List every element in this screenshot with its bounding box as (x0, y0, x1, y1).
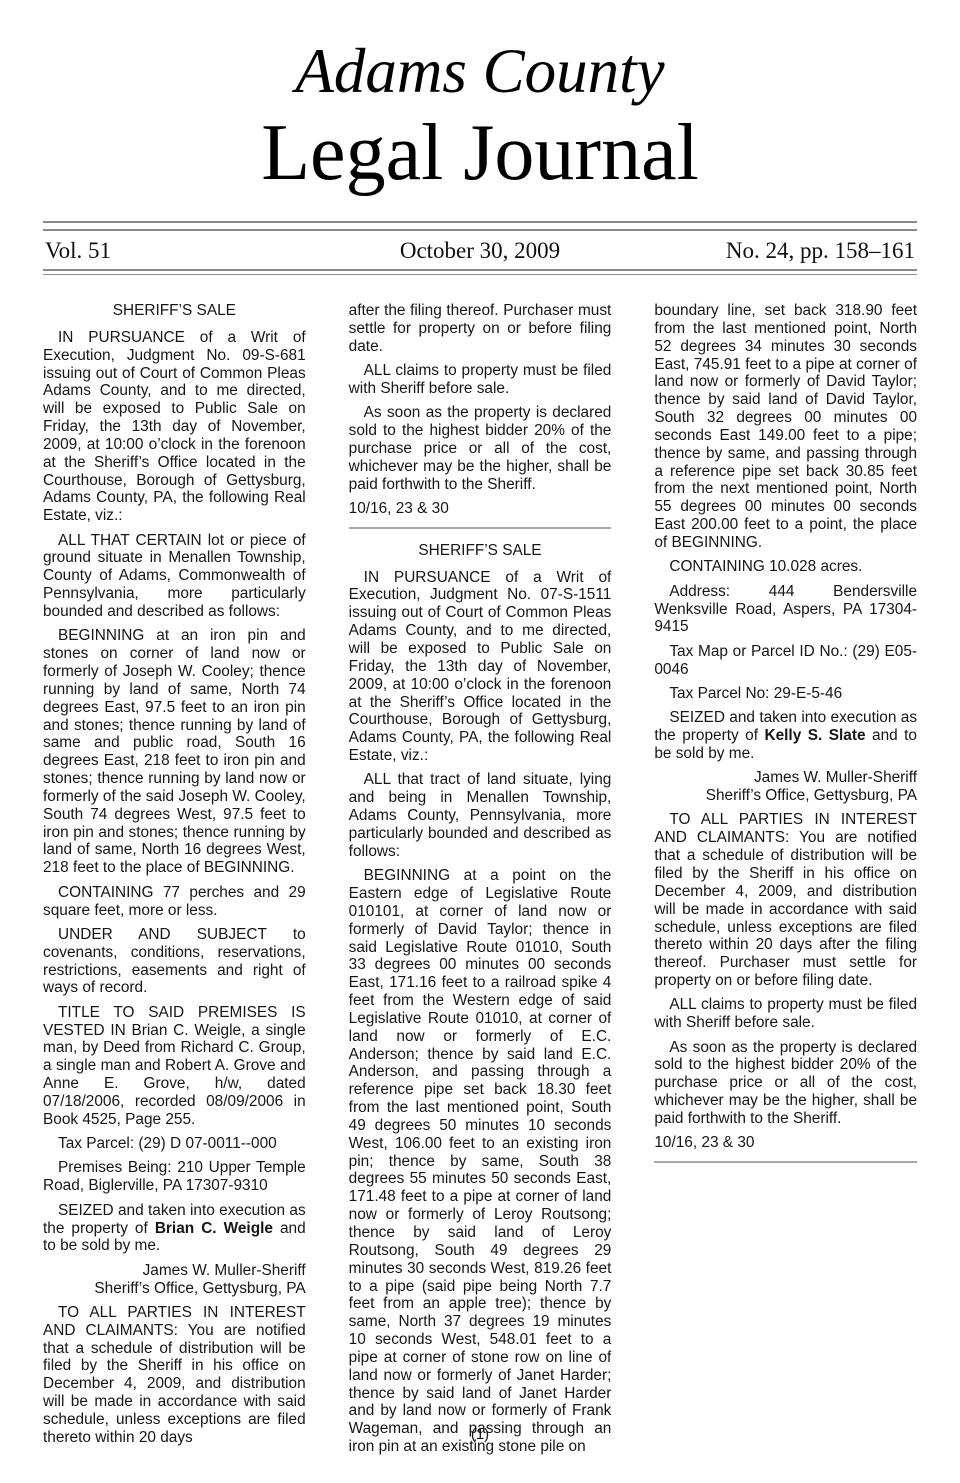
publication-dates: 10/16, 23 & 30 (654, 1134, 917, 1152)
claims-notice: ALL claims to property must be filed wit… (654, 996, 917, 1032)
continuation-paragraph: boundary line, set back 318.90 feet from… (654, 302, 917, 552)
claimants-notice: TO ALL PARTIES IN INTEREST AND CLAIMANTS… (654, 811, 917, 989)
section-divider (349, 527, 612, 529)
issue-date: October 30, 2009 (400, 236, 560, 266)
property-description: ALL THAT CERTAIN lot or piece of ground … (43, 532, 306, 621)
volume-label: Vol. 51 (45, 236, 111, 266)
payment-terms: As soon as the property is declared sold… (349, 404, 612, 493)
sheriff-signature: James W. Muller-Sheriff (654, 769, 917, 787)
masthead-rule-top (43, 221, 917, 231)
text-column-1: SHERIFF’S SALE IN PURSUANCE of a Writ of… (43, 302, 306, 1462)
under-subject-clause: UNDER AND SUBJECT to covenants, conditio… (43, 926, 306, 997)
publication-dates: 10/16, 23 & 30 (349, 500, 612, 518)
tax-parcel-line: Tax Parcel: (29) D 07-0011--000 (43, 1135, 306, 1153)
tax-map-line: Tax Map or Parcel ID No.: (29) E05-0046 (654, 643, 917, 679)
tax-parcel-line: Tax Parcel No: 29-E-5-46 (654, 685, 917, 703)
metes-bounds-paragraph: BEGINNING at a point on the Eastern edge… (349, 867, 612, 1456)
continuation-paragraph: after the filing thereof. Purchaser must… (349, 302, 612, 356)
journal-title-line2: Legal Journal (0, 110, 960, 196)
writ-paragraph: IN PURSUANCE of a Writ of Execution, Jud… (43, 329, 306, 525)
payment-terms: As soon as the property is declared sold… (654, 1039, 917, 1128)
containing-clause: CONTAINING 77 perches and 29 square feet… (43, 884, 306, 920)
sale-heading: SHERIFF’S SALE (349, 542, 612, 560)
defendant-name: Kelly S. Slate (764, 727, 865, 744)
address-line: Address: 444 Bendersville Wenksville Roa… (654, 583, 917, 637)
sale-heading: SHERIFF’S SALE (43, 302, 306, 320)
seized-clause: SEIZED and taken into execution as the p… (43, 1202, 306, 1256)
masthead-info-row: Vol. 51 October 30, 2009 No. 24, pp. 158… (43, 231, 917, 269)
writ-paragraph: IN PURSUANCE of a Writ of Execution, Jud… (349, 569, 612, 765)
premises-line: Premises Being: 210 Upper Temple Road, B… (43, 1159, 306, 1195)
seized-clause: SEIZED and taken into execution as the p… (654, 709, 917, 763)
defendant-name: Brian C. Weigle (155, 1220, 273, 1237)
section-divider (654, 1161, 917, 1163)
text-column-2: after the filing thereof. Purchaser must… (349, 302, 612, 1462)
issue-number: No. 24, pp. 158–161 (726, 236, 915, 266)
sheriff-office-line: Sheriff’s Office, Gettysburg, PA (654, 787, 917, 805)
metes-bounds-paragraph: BEGINNING at an iron pin and stones on c… (43, 627, 306, 877)
title-vested-clause: TITLE TO SAID PREMISES IS VESTED IN Bria… (43, 1004, 306, 1129)
sheriff-office-line: Sheriff’s Office, Gettysburg, PA (43, 1280, 306, 1298)
journal-title-line1: Adams County (0, 38, 960, 104)
masthead-rule-bottom (43, 269, 917, 275)
masthead: Adams County Legal Journal (0, 0, 960, 196)
page-number: (1) (0, 1426, 960, 1443)
claims-notice: ALL claims to property must be filed wit… (349, 362, 612, 398)
property-description: ALL that tract of land situate, lying an… (349, 771, 612, 860)
containing-clause: CONTAINING 10.028 acres. (654, 558, 917, 576)
article-columns: SHERIFF’S SALE IN PURSUANCE of a Writ of… (43, 302, 917, 1462)
legal-journal-page: Adams County Legal Journal Vol. 51 Octob… (0, 0, 960, 1483)
sheriff-signature: James W. Muller-Sheriff (43, 1262, 306, 1280)
text-column-3: boundary line, set back 318.90 feet from… (654, 302, 917, 1462)
